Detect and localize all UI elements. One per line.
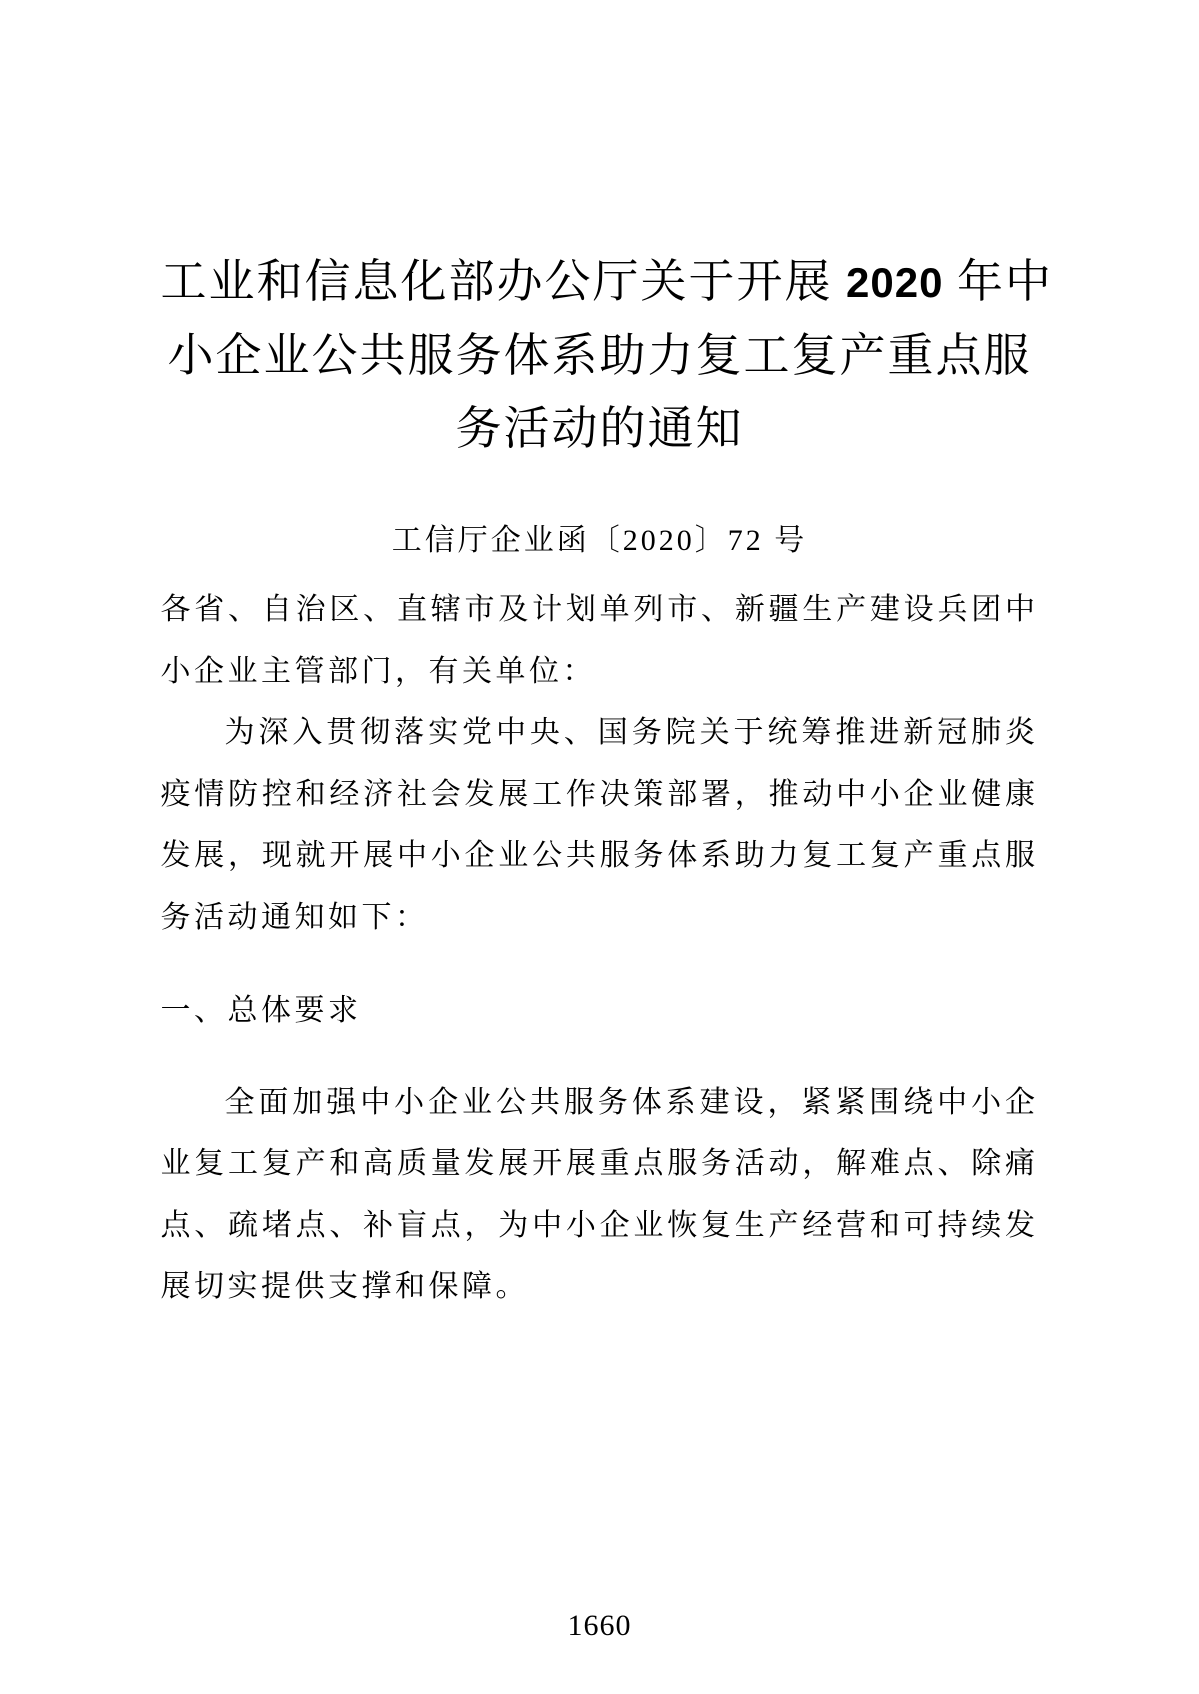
document-page: 工业和信息化部办公厅关于开展 2020 年中 小企业公共服务体系助力复工复产重点… (0, 0, 1199, 1694)
section-heading-1: 一、总体要求 (161, 980, 1039, 1042)
title-line-2: 小企业公共服务体系助力复工复产重点服 (161, 319, 1039, 392)
paragraph-intro: 为深入贯彻落实党中央、国务院关于统筹推进新冠肺炎疫情防控和经济社会发展工作决策部… (161, 702, 1039, 948)
title-year: 2020 (846, 259, 943, 306)
salutation: 各省、自治区、直辖市及计划单列市、新疆生产建设兵团中小企业主管部门，有关单位： (161, 579, 1039, 702)
page-number: 1660 (0, 1606, 1199, 1646)
title-line-3: 务活动的通知 (161, 392, 1039, 465)
title-line-1: 工业和信息化部办公厅关于开展 2020 年中 (161, 245, 1039, 319)
title-line-1-pre: 工业和信息化部办公厅关于开展 (161, 256, 847, 307)
document-body: 各省、自治区、直辖市及计划单列市、新疆生产建设兵团中小企业主管部门，有关单位： … (161, 579, 1039, 1318)
document-number: 工信厅企业函〔2020〕72 号 (161, 521, 1039, 561)
title-line-1-post: 年中 (943, 256, 1053, 307)
document-content: 工业和信息化部办公厅关于开展 2020 年中 小企业公共服务体系助力复工复产重点… (161, 0, 1039, 1318)
paragraph-section-1: 全面加强中小企业公共服务体系建设，紧紧围绕中小企业复工复产和高质量发展开展重点服… (161, 1072, 1039, 1318)
document-title: 工业和信息化部办公厅关于开展 2020 年中 小企业公共服务体系助力复工复产重点… (161, 245, 1039, 465)
